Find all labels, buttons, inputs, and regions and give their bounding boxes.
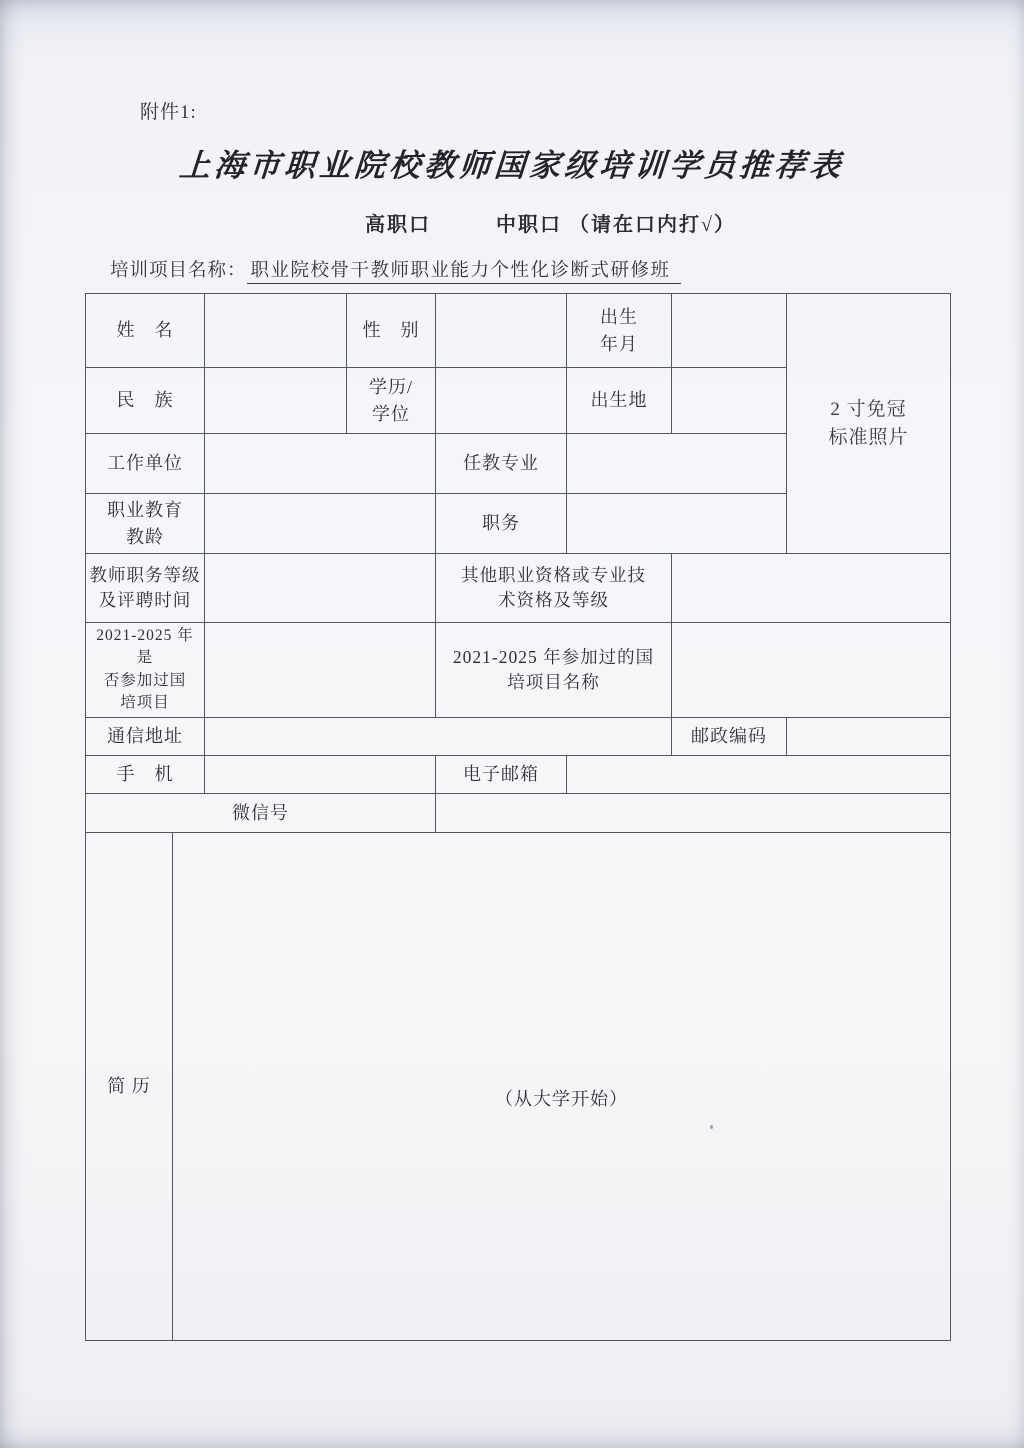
position-value-cell [567,494,787,554]
birth-date-value-cell [672,294,787,368]
form-title: 上海市职业院校教师国家级培训学员推荐表 [0,140,1024,185]
national-training-name-value-cell [672,623,951,718]
work-unit-value-cell [205,434,436,494]
project-name-value: 职业院校骨干教师职业能力个性化诊断式研修班 [247,261,681,284]
mailing-address-label: 通信地址 [86,717,205,755]
postal-code-label: 邮政编码 [672,717,787,755]
wechat-value-cell [436,793,951,832]
project-name-label: 培训项目名称： [110,261,247,281]
birthplace-label: 出生地 [567,368,672,434]
ethnicity-label: 民 族 [86,368,205,434]
scan-dot-artifact [710,1125,713,1129]
resume-hint: （从大学开始） [495,1089,628,1109]
mobile-value-cell [205,755,436,793]
education-degree-label: 学历/ 学位 [347,368,436,434]
resume-label: 简 历 [86,832,173,1340]
name-label: 姓 名 [86,294,205,368]
gender-label: 性 别 [347,294,436,368]
table-row: 通信地址 邮政编码 [86,717,951,755]
email-label: 电子邮箱 [436,755,567,793]
teacher-rank-value-cell [205,554,436,623]
teaching-major-label: 任教专业 [436,434,567,494]
attachment-label: 附件1: [140,97,197,124]
teaching-major-value-cell [567,434,787,494]
table-row: 微信号 [86,793,951,832]
birthplace-value-cell [672,368,787,434]
national-training-participation-value-cell [205,623,436,718]
category-option-secondary-vocational: 中职口 [496,214,562,236]
work-unit-label: 工作单位 [86,434,205,494]
national-training-name-label: 2021-2025 年参加过的国 培项目名称 [436,623,672,718]
other-qualification-label: 其他职业资格或专业技 术资格及等级 [436,554,672,623]
category-option-higher-vocational: 高职口 [365,214,431,236]
education-degree-value-cell [436,368,567,434]
recommendation-form-table: 姓 名 性 别 出生 年月 2 寸免冠 标准照片 民 族 学历/ 学位 出生地 … [85,293,951,1341]
category-check-note: （请在口内打√） [569,214,736,236]
resume-content-cell: （从大学开始） [173,832,951,1340]
position-label: 职务 [436,494,567,554]
email-value-cell [567,755,951,793]
wechat-label: 微信号 [86,793,436,832]
category-checkbox-line: 高职口 中职口 （请在口内打√） [365,208,736,237]
postal-code-value-cell [787,717,951,755]
table-row: 简 历 （从大学开始） [86,832,951,1340]
voced-teaching-years-value-cell [205,494,436,554]
other-qualification-value-cell [672,554,951,623]
voced-teaching-years-label: 职业教育 教龄 [86,494,205,554]
gender-value-cell [436,294,567,368]
table-row: 2021-2025 年是 否参加过国 培项目 2021-2025 年参加过的国 … [86,623,951,718]
table-row: 手 机 电子邮箱 [86,755,951,793]
name-value-cell [205,294,347,368]
mailing-address-value-cell [205,717,672,755]
ethnicity-value-cell [205,368,347,434]
table-row: 姓 名 性 别 出生 年月 2 寸免冠 标准照片 [86,294,951,368]
national-training-participation-label: 2021-2025 年是 否参加过国 培项目 [86,623,205,718]
birth-date-label: 出生 年月 [567,294,672,368]
project-name-line: 培训项目名称：职业院校骨干教师职业能力个性化诊断式研修班 [110,256,681,282]
teacher-rank-label: 教师职务等级 及评聘时间 [86,554,205,623]
photo-placeholder: 2 寸免冠 标准照片 [787,294,951,554]
table-row: 教师职务等级 及评聘时间 其他职业资格或专业技 术资格及等级 [86,554,951,623]
mobile-label: 手 机 [86,755,205,793]
